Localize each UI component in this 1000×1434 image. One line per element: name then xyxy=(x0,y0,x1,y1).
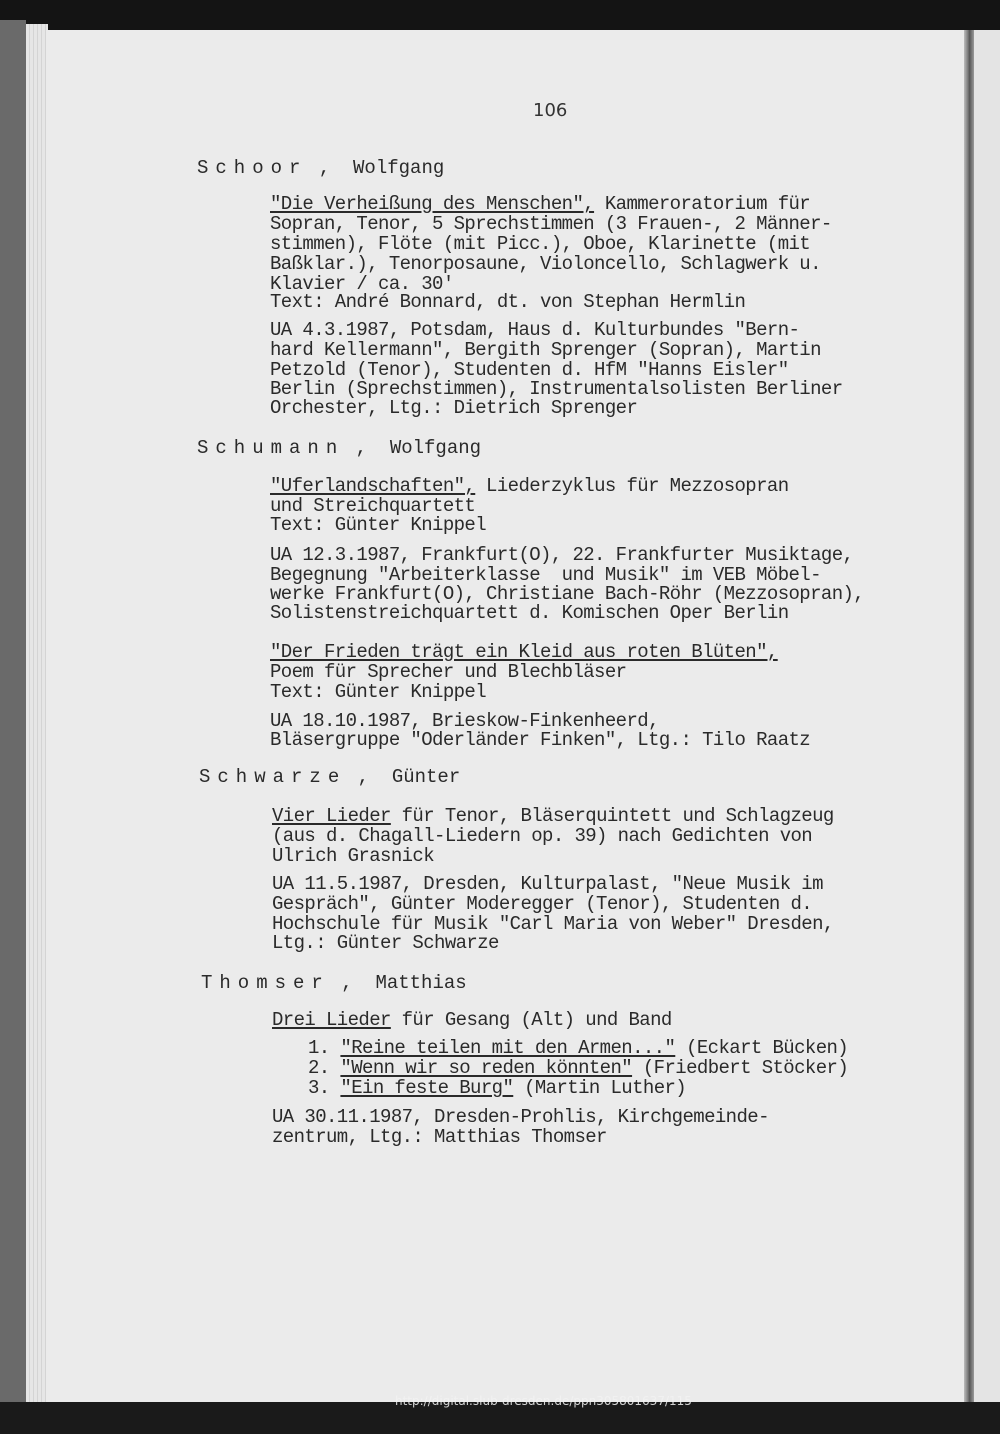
premiere-info: Ltg.: Günter Schwarze xyxy=(272,933,499,953)
book-gutter xyxy=(964,30,974,1434)
premiere-info: Hochschule für Musik "Carl Maria von Web… xyxy=(272,914,834,934)
page-number: 106 xyxy=(533,100,567,121)
premiere-info: Orchester, Ltg.: Dietrich Sprenger xyxy=(270,398,637,418)
premiere-info: Begegnung "Arbeiterklasse und Musik" im … xyxy=(270,565,821,585)
scan-background-top xyxy=(0,0,1000,30)
song-credit: (Friedbert Stöcker) xyxy=(632,1057,848,1079)
song-number: 1. xyxy=(308,1037,330,1059)
author-surname: Schumann xyxy=(197,437,344,459)
source-url-watermark: http://digital.slub-dresden.de/ppn305801… xyxy=(395,1394,692,1408)
author-given-name: Wolfgang xyxy=(353,157,444,179)
premiere-info: Berlin (Sprechstimmen), Instrumentalsoli… xyxy=(270,379,843,399)
song-item: 3. "Ein feste Burg" (Martin Luther) xyxy=(308,1078,686,1098)
work-description: für Tenor, Bläserquintett und Schlagzeug xyxy=(391,805,834,827)
author-surname: Thomser xyxy=(201,972,330,994)
author-given-name: Günter xyxy=(392,766,460,788)
author-surname: Schwarze xyxy=(199,766,346,788)
song-title: "Wenn wir so reden könnten" xyxy=(340,1057,632,1079)
song-title: "Ein feste Burg" xyxy=(340,1077,513,1099)
work-title: Vier Lieder xyxy=(272,805,391,827)
work-description: Sopran, Tenor, 5 Sprechstimmen (3 Frauen… xyxy=(270,214,832,234)
author-surname: Schoor xyxy=(197,157,307,179)
song-credit: (Eckart Bücken) xyxy=(675,1037,848,1059)
premiere-info: Solistenstreichquartett d. Komischen Ope… xyxy=(270,603,789,623)
premiere-info: zentrum, Ltg.: Matthias Thomser xyxy=(272,1127,607,1147)
work-title-line: "Uferlandschaften", Liederzyklus für Mez… xyxy=(270,476,789,496)
song-title: "Reine teilen mit den Armen..." xyxy=(340,1037,675,1059)
work-title-line: "Die Verheißung des Menschen", Kammerora… xyxy=(270,194,810,214)
work-description: Kammeroratorium für xyxy=(594,193,810,215)
text-credit: Text: André Bonnard, dt. von Stephan Her… xyxy=(270,292,745,312)
work-title: "Uferlandschaften", xyxy=(270,475,475,497)
work-title-line: Vier Lieder für Tenor, Bläserquintett un… xyxy=(272,806,834,826)
work-description: stimmen), Flöte (mit Picc.), Oboe, Klari… xyxy=(270,234,810,254)
song-item: 2. "Wenn wir so reden könnten" (Friedber… xyxy=(308,1058,848,1078)
premiere-info: hard Kellermann", Bergith Sprenger (Sopr… xyxy=(270,340,821,360)
work-description: für Gesang (Alt) und Band xyxy=(391,1009,672,1031)
premiere-info: Gespräch", Günter Moderegger (Tenor), St… xyxy=(272,894,812,914)
premiere-info: Bläsergruppe "Oderländer Finken", Ltg.: … xyxy=(270,730,810,750)
author-heading: Schoor , Wolfgang xyxy=(197,158,444,178)
work-description: Liederzyklus für Mezzosopran xyxy=(475,475,788,497)
premiere-info: Petzold (Tenor), Studenten d. HfM "Hanns… xyxy=(270,360,789,380)
work-title-line: "Der Frieden trägt ein Kleid aus roten B… xyxy=(270,642,778,662)
premiere-info: werke Frankfurt(O), Christiane Bach-Röhr… xyxy=(270,584,864,604)
author-heading: Thomser , Matthias xyxy=(201,973,467,993)
work-description: (aus d. Chagall-Liedern op. 39) nach Ged… xyxy=(272,826,812,846)
premiere-info: UA 12.3.1987, Frankfurt(O), 22. Frankfur… xyxy=(270,545,853,565)
work-title: "Der Frieden trägt ein Kleid aus roten B… xyxy=(270,641,778,663)
work-description: Poem für Sprecher und Blechbläser xyxy=(270,662,626,682)
premiere-info: UA 4.3.1987, Potsdam, Haus d. Kulturbund… xyxy=(270,320,799,340)
work-description: Ulrich Grasnick xyxy=(272,846,434,866)
song-number: 3. xyxy=(308,1077,330,1099)
premiere-info: UA 30.11.1987, Dresden-Prohlis, Kirchgem… xyxy=(272,1107,769,1127)
page-stack-edge xyxy=(26,24,48,1402)
premiere-info: UA 18.10.1987, Brieskow-Finkenheerd, xyxy=(270,711,659,731)
song-item: 1. "Reine teilen mit den Armen..." (Ecka… xyxy=(308,1038,848,1058)
work-description: Baßklar.), Tenorposaune, Violoncello, Sc… xyxy=(270,254,821,274)
next-page-sliver xyxy=(974,30,1000,1402)
book-edge xyxy=(0,20,26,1410)
work-title: Drei Lieder xyxy=(272,1009,391,1031)
work-title-line: Drei Lieder für Gesang (Alt) und Band xyxy=(272,1010,672,1030)
song-number: 2. xyxy=(308,1057,330,1079)
text-credit: Text: Günter Knippel xyxy=(270,682,486,702)
author-heading: Schwarze , Günter xyxy=(199,767,460,787)
author-given-name: Wolfgang xyxy=(390,437,481,459)
author-given-name: Matthias xyxy=(375,972,466,994)
text-credit: Text: Günter Knippel xyxy=(270,515,486,535)
work-description: und Streichquartett xyxy=(270,496,475,516)
song-credit: (Martin Luther) xyxy=(513,1077,686,1099)
author-heading: Schumann , Wolfgang xyxy=(197,438,481,458)
premiere-info: UA 11.5.1987, Dresden, Kulturpalast, "Ne… xyxy=(272,874,823,894)
work-title: "Die Verheißung des Menschen", xyxy=(270,193,594,215)
